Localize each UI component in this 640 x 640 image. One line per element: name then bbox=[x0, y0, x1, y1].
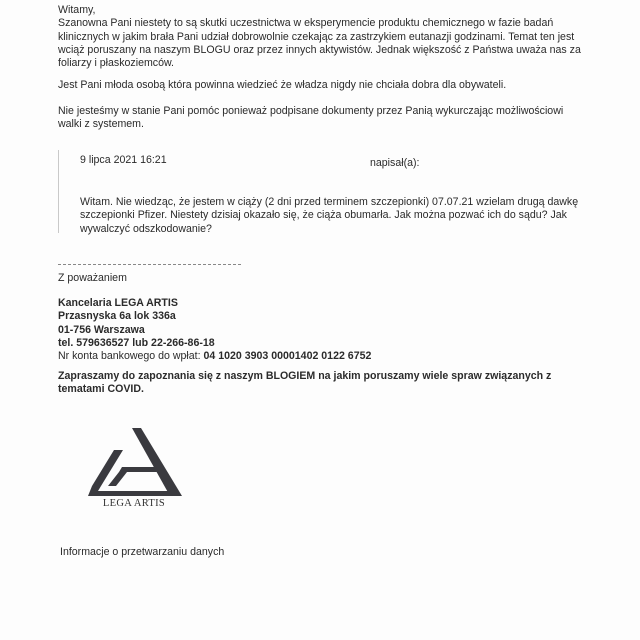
logo-text: LEGA ARTIS bbox=[84, 498, 184, 510]
signature-closing: Z poważaniem bbox=[58, 272, 628, 285]
firm-name: Kancelaria LEGA ARTIS bbox=[58, 297, 628, 310]
firm-street: Przasnyska 6a lok 336a bbox=[58, 310, 628, 323]
lega-artis-triangle-logo-icon bbox=[84, 420, 184, 500]
signature-separator bbox=[58, 264, 241, 265]
paragraph-1-line: klinicznych w jakim brała Pani udział do… bbox=[58, 31, 628, 44]
quoted-message: Witam. Nie wiedząc, że jestem w ciąży (2… bbox=[80, 196, 628, 236]
quote-line: wywalczyć odszkodowanie? bbox=[80, 223, 628, 236]
paragraph-1-line: wciąż poruszany na naszym BLOGU oraz prz… bbox=[58, 44, 628, 57]
bank-label: Nr konta bankowego do wpłat: bbox=[58, 350, 201, 362]
paragraph-3-line: Nie jesteśmy w stanie Pani pomóc poniewa… bbox=[58, 105, 628, 118]
greeting: Witamy, bbox=[58, 4, 628, 17]
quote-author: napisał(a): bbox=[370, 157, 419, 170]
quote-bar bbox=[58, 150, 59, 233]
firm-city: 01-756 Warszawa bbox=[58, 324, 628, 337]
data-processing-info-link[interactable]: Informacje o przetwarzaniu danych bbox=[60, 546, 224, 559]
paragraph-2: Jest Pani młoda osobą która powinna wied… bbox=[58, 79, 628, 92]
paragraph-1-line: foliarzy i płaskoziemców. bbox=[58, 57, 628, 70]
signature-block: Kancelaria LEGA ARTIS Przasnyska 6a lok … bbox=[58, 297, 628, 363]
paragraph-3: Nie jesteśmy w stanie Pani pomóc poniewa… bbox=[58, 105, 628, 132]
blog-invitation: Zapraszamy do zapoznania się z naszym BL… bbox=[58, 370, 628, 397]
email-body-intro: Witamy, Szanowna Pani niestety to są sku… bbox=[58, 4, 628, 70]
bank-account: 04 1020 3903 00001402 0122 6752 bbox=[203, 350, 371, 362]
quote-line: Witam. Nie wiedząc, że jestem w ciąży (2… bbox=[80, 196, 628, 209]
paragraph-2-text: Jest Pani młoda osobą która powinna wied… bbox=[58, 79, 628, 92]
quote-date: 9 lipca 2021 16:21 bbox=[80, 154, 167, 167]
paragraph-3-line: walki z systemem. bbox=[58, 118, 628, 131]
lega-artis-logo: LEGA ARTIS bbox=[84, 420, 184, 512]
bank-account-row: Nr konta bankowego do wpłat: 04 1020 390… bbox=[58, 350, 628, 363]
firm-phone: tel. 579636527 lub 22-266-86-18 bbox=[58, 337, 628, 350]
invitation-line: tematami COVID. bbox=[58, 383, 628, 396]
invitation-line: Zapraszamy do zapoznania się z naszym BL… bbox=[58, 370, 628, 383]
quote-line: szczepionki Pfizer. Niestety dzisiaj oka… bbox=[80, 209, 628, 222]
paragraph-1-line: Szanowna Pani niestety to są skutki ucze… bbox=[58, 17, 628, 30]
